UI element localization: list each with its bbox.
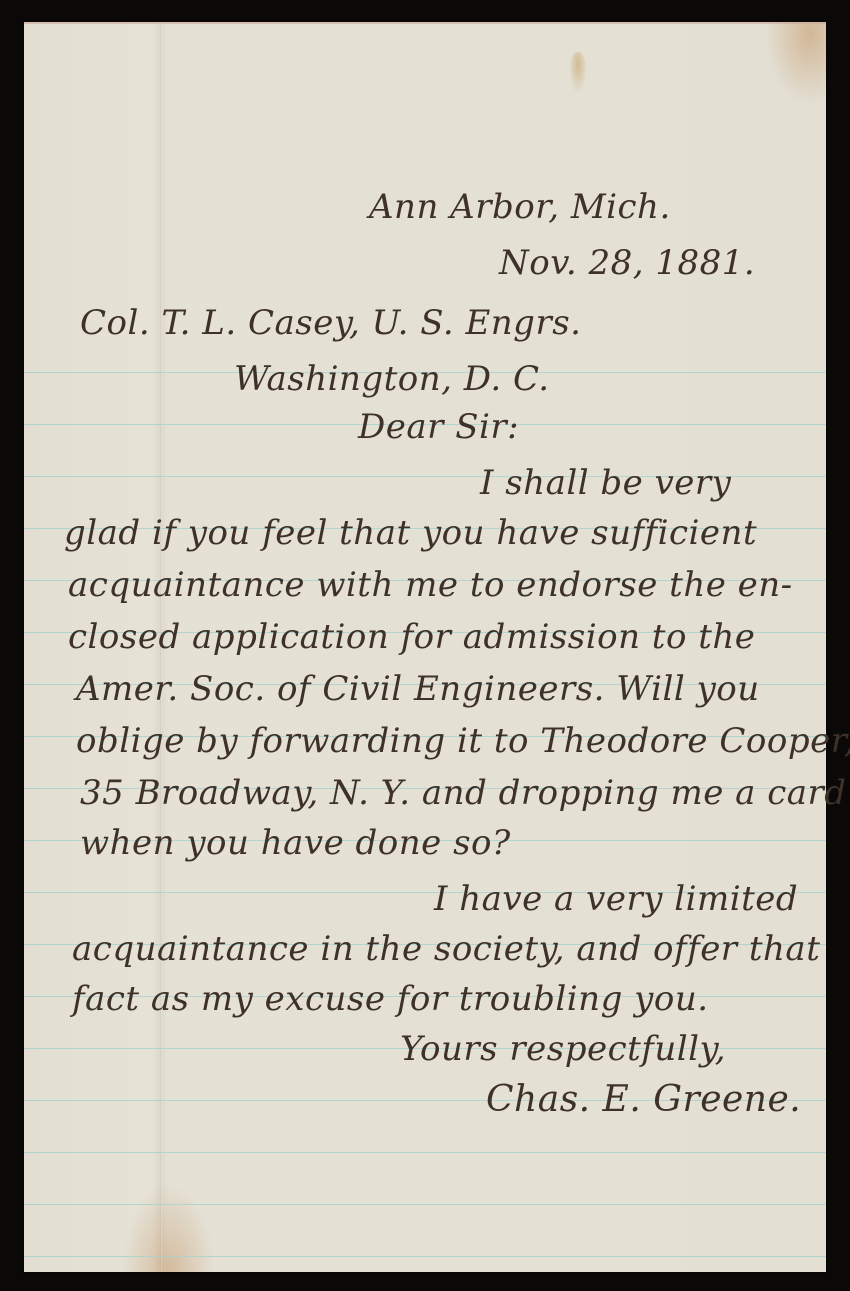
rule-line — [24, 1256, 826, 1257]
body-line: fact as my excuse for troubling you. — [72, 982, 709, 1016]
body-line: I have a very limited — [434, 882, 798, 916]
body-line: acquaintance with me to endorse the en- — [68, 568, 793, 602]
body-line: closed application for admission to the — [68, 620, 755, 654]
body-line: 35 Broadway, N. Y. and dropping me a car… — [80, 776, 847, 810]
rule-line — [24, 1204, 826, 1205]
body-line: when you have done so? — [80, 826, 511, 860]
signature: Chas. E. Greene. — [486, 1082, 801, 1118]
salutation: Dear Sir: — [358, 410, 519, 444]
letter-place: Ann Arbor, Mich. — [369, 190, 671, 224]
letter-date: Nov. 28, 1881. — [499, 246, 755, 280]
body-line: glad if you feel that you have sufficien… — [64, 516, 757, 550]
body-line: Amer. Soc. of Civil Engineers. Will you — [76, 672, 760, 706]
body-line: oblige by forwarding it to Theodore Coop… — [76, 724, 850, 758]
recipient-address: Washington, D. C. — [234, 362, 550, 396]
letter-paper: Ann Arbor, Mich. Nov. 28, 1881. Col. T. … — [24, 22, 826, 1272]
closing: Yours respectfully, — [400, 1032, 726, 1066]
body-line: I shall be very — [480, 466, 731, 500]
rule-line — [24, 1152, 826, 1153]
recipient-name: Col. T. L. Casey, U. S. Engrs. — [80, 306, 581, 340]
body-line: acquaintance in the society, and offer t… — [72, 932, 820, 966]
paper-stain — [569, 52, 587, 94]
